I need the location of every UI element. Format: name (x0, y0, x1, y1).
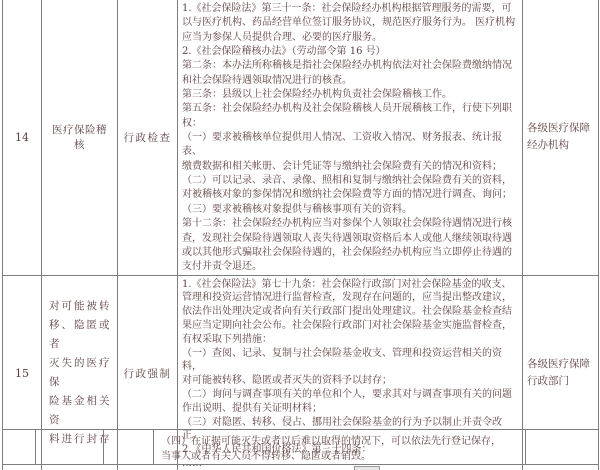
document-table: 14 医疗保险稽核 行政检查 1.《社会保险法》第三十一条：社会保险经办机构根据… (2, 0, 599, 470)
item-name-cell-empty (36, 430, 104, 465)
department-cell-empty (526, 430, 599, 465)
continuation-table: （四）在证据可能灭失或者以后难以取得的情况下，可以依法先行登记保存， 当事人或者… (2, 429, 599, 465)
page-footer-artifact (354, 466, 380, 470)
item-name-cell: 医疗保险稽核 (42, 0, 118, 275)
table-row: （四）在证据可能灭失或者以后难以取得的情况下，可以依法先行登记保存， 当事人或者… (3, 430, 599, 465)
document-page: 14 医疗保险稽核 行政检查 1.《社会保险法》第三十一条：社会保险经办机构根据… (0, 0, 600, 470)
table-row: 14 医疗保险稽核 行政检查 1.《社会保险法》第三十一条：社会保险经办机构根据… (3, 0, 599, 275)
action-type-cell-empty (104, 430, 154, 465)
continuation-legal-basis-cell: （四）在证据可能灭失或者以后难以取得的情况下，可以依法先行登记保存， 当事人或者… (154, 430, 526, 465)
row-number-cell: 14 (3, 0, 42, 275)
action-type-cell: 行政检查 (118, 0, 178, 275)
department-cell: 各级医疗保障 经办机构 (523, 0, 599, 275)
row-number-cell-empty (3, 430, 36, 465)
legal-basis-cell: 1.《社会保险法》第三十一条：社会保险经办机构根据管理服务的需要，可 以与医疗机… (178, 0, 523, 275)
